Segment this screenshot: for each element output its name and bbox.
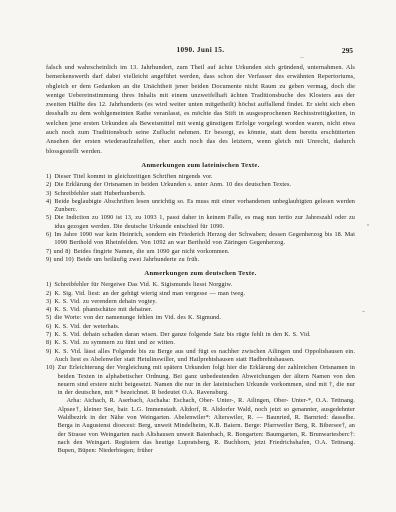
note-number: 5) (46, 314, 51, 322)
german-note: 5) die Worte: von der namenunge fehlen i… (46, 314, 355, 322)
note-text: Schreibfehler statt Huberhunberch. (54, 190, 355, 198)
note-number: 2) (46, 290, 51, 298)
note-number: 5) (46, 214, 51, 231)
latin-note: 3) Schreibfehler statt Huberhunberch. (46, 190, 355, 198)
document-page: 1090. Juni 15. 295 falsch und wahrschein… (0, 0, 396, 512)
german-notes-list: 1) Schreibfehler für Nergeiwe Das Vid. K… (46, 281, 355, 455)
note-number: 9) und 10) (46, 256, 74, 264)
note-number: 6) (46, 323, 51, 331)
note-number: 7) und 8) (46, 248, 71, 256)
intro-paragraph: falsch und wahrscheinlich im 13. Jahrhun… (46, 63, 355, 156)
note-number: 1) (46, 281, 51, 289)
german-note: 1) Schreibfehler für Nergeiwe Das Vid. K… (46, 281, 355, 289)
note-text: K. Sig. Vid. liest: an der gehügt wierig… (54, 290, 355, 298)
german-note: 2) K. Sig. Vid. liest: an der gehügt wie… (46, 290, 355, 298)
latin-note: 7) und 8) Beides fingirte Namen, die um … (46, 248, 355, 256)
note-text: Schreibfehler für Nergeiwe Das Vid. K. S… (54, 281, 355, 289)
note-text: K. S. Vid. zu symmern zu fünt und ze wit… (54, 339, 355, 347)
note-number: 3) (46, 190, 51, 198)
latin-note: 1) Dieser Titel kommt in gleichzeitigen … (46, 173, 355, 181)
latin-note: 4) Beide beglaubigte Abschriften lesen u… (46, 198, 355, 215)
note-text: K. S. Vid. phantschätze mit dehainer. (54, 306, 355, 314)
latin-note: 5) Die Indiction zu 1090 ist 13, zu 1093… (46, 214, 355, 231)
note-number: 9) (46, 348, 51, 365)
german-notes-heading: Anmerkungen zum deutschen Texte. (46, 270, 355, 277)
note-number: 3) (46, 298, 51, 306)
note-number: 2) (46, 181, 51, 189)
note-text: die Worte: von der namenunge fehlen im V… (54, 314, 355, 322)
note-text: K. S. Vid. dehain schaden daran wisen. D… (54, 331, 355, 339)
note-number: 7) (46, 331, 51, 339)
german-note: 9) K. S. Vid. lässt alles Folgende bis z… (46, 348, 355, 365)
page-number: 295 (342, 46, 353, 55)
scan-speckle (367, 224, 369, 226)
note-text: Die Erklärung der Ortsnamen in beiden Ur… (54, 181, 355, 189)
note-text: Beide um beiläufig zwei Jahrhunderte zu … (77, 256, 355, 264)
date-heading: 1090. Juni 15. (177, 46, 225, 54)
place-name-glossary: Arha: Aichach, R. Aserbach, Aschaha: Esc… (58, 397, 355, 455)
note-number: 4) (46, 306, 51, 314)
german-note: 7) K. S. Vid. dehain schaden daran wisen… (46, 331, 355, 339)
note-text: Im Jahre 1090 war kein Heinrich, sondern… (54, 231, 355, 248)
scan-speckle (362, 311, 365, 312)
note-text: K. S. Vid. der weterhats. (54, 323, 355, 331)
note-text: K. S. Vid. zu verendern dehain vogtey. (54, 298, 355, 306)
german-note: 4) K. S. Vid. phantschätze mit dehainer. (46, 306, 355, 314)
running-head: 1090. Juni 15. 295 (46, 46, 355, 54)
note-number: 4) (46, 198, 51, 215)
latin-note: 6) Im Jahre 1090 war kein Heinrich, sond… (46, 231, 355, 248)
note-text: Die Indiction zu 1090 ist 13, zu 1093 1,… (54, 214, 355, 231)
latin-note: 9) und 10) Beide um beiläufig zwei Jahrh… (46, 256, 355, 264)
latin-notes-heading: Anmerkungen zum lateinischen Texte. (46, 162, 355, 169)
note-number: 1) (46, 173, 51, 181)
note-number: 6) (46, 231, 51, 248)
note-text: Beide beglaubigte Abschriften lesen unri… (54, 198, 355, 215)
german-note: 3) K. S. Vid. zu verendern dehain vogtey… (46, 298, 355, 306)
note-text: Beides fingirte Namen, die um 1090 gar n… (74, 248, 355, 256)
german-note: 6) K. S. Vid. der weterhats. (46, 323, 355, 331)
german-note: 8) K. S. Vid. zu symmern zu fünt und ze … (46, 339, 355, 347)
note-text: Dieser Titel kommt in gleichzeitigen Sch… (54, 173, 355, 181)
scan-speckle (300, 57, 304, 58)
note-number: 10) (46, 364, 55, 455)
german-note-10: 10) Zur Erleichterung der Vergleichung m… (46, 364, 355, 455)
latin-notes-list: 1) Dieser Titel kommt in gleichzeitigen … (46, 173, 355, 264)
note-text: Zur Erleichterung der Vergleichung mit s… (58, 364, 355, 397)
note-number: 8) (46, 339, 51, 347)
note-text: K. S. Vid. lässt alles Folgende bis zu B… (54, 348, 355, 365)
latin-note: 2) Die Erklärung der Ortsnamen in beiden… (46, 181, 355, 189)
